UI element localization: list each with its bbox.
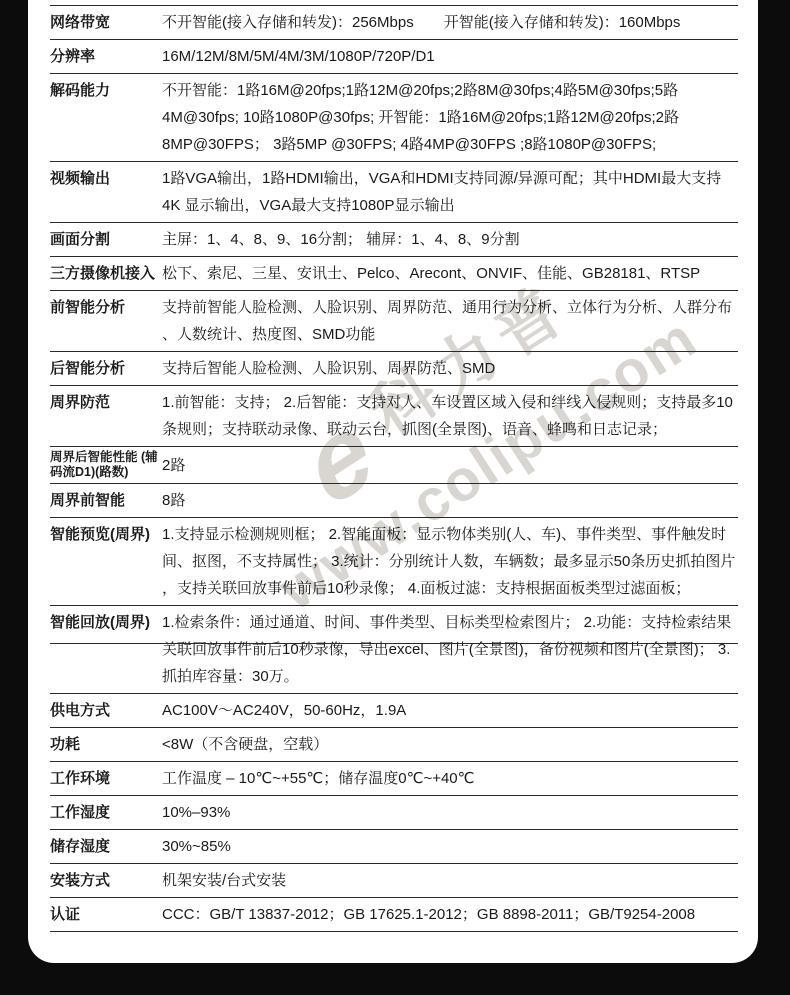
spec-row-perimeter-rear-performance: 周界后智能性能 (辅码流D1)(路数) 2路 bbox=[50, 447, 738, 484]
spec-row-power-supply: 供电方式 AC100V～AC240V，50-60Hz，1.9A bbox=[50, 694, 738, 728]
row-value: 2路 bbox=[162, 452, 738, 479]
spec-card: e科力普 www.colipu.com 网络带宽 不开智能(接入存储和转发)：2… bbox=[28, 0, 758, 963]
spec-row-front-intelligence-analysis: 前智能分析 支持前智能人脸检测、人脸识别、周界防范、通用行为分析、立体行为分析、… bbox=[50, 291, 738, 352]
spec-row-smart-preview: 智能预览(周界) 1.支持显示检测规则框； 2.智能面板：显示物体类别(人、车)… bbox=[50, 518, 738, 606]
spec-row-working-environment: 工作环境 工作温度 – 10℃~+55℃；储存温度0℃~+40℃ bbox=[50, 762, 738, 796]
page: { "colors": { "page_background": "#0c0c0… bbox=[0, 0, 790, 995]
row-value: 10%–93% bbox=[162, 799, 738, 826]
row-value: 支持后智能人脸检测、人脸识别、周界防范、SMD bbox=[162, 355, 738, 382]
row-label: 三方摄像机接入 bbox=[50, 260, 162, 287]
spec-row-smart-playback: 智能回放(周界) 1.检索条件：通过通道、时间、事件类型、目标类型检索图片； 2… bbox=[50, 606, 738, 694]
row-value: 不开智能：1路16M@20fps;1路12M@20fps;2路8M@30fps;… bbox=[162, 77, 738, 158]
spec-table: 网络带宽 不开智能(接入存储和转发)：256Mbps 开智能(接入存储和转发)：… bbox=[50, 5, 738, 932]
spec-row-third-party-camera-access: 三方摄像机接入 松下、索尼、三星、安讯士、Pelco、Arecont、ONVIF… bbox=[50, 257, 738, 291]
row-label: 分辨率 bbox=[50, 43, 162, 70]
row-value: 1.检索条件：通过通道、时间、事件类型、目标类型检索图片； 2.功能：支持检索结… bbox=[162, 609, 738, 690]
spec-row-resolution: 分辨率 16M/12M/8M/5M/4M/3M/1080P/720P/D1 bbox=[50, 40, 738, 74]
row-label: 画面分割 bbox=[50, 226, 162, 253]
spec-row-network-bandwidth: 网络带宽 不开智能(接入存储和转发)：256Mbps 开智能(接入存储和转发)：… bbox=[50, 6, 738, 40]
spec-row-storage-humidity: 储存湿度 30%~85% bbox=[50, 830, 738, 864]
row-label: 认证 bbox=[50, 901, 162, 928]
spec-row-rear-intelligence-analysis: 后智能分析 支持后智能人脸检测、人脸识别、周界防范、SMD bbox=[50, 352, 738, 386]
row-value: 机架安装/台式安装 bbox=[162, 867, 738, 894]
row-value: 1.前智能：支持； 2.后智能：支持对人、车设置区域入侵和绊线入侵规则；支持最多… bbox=[162, 389, 738, 443]
row-value: AC100V～AC240V，50-60Hz，1.9A bbox=[162, 697, 738, 724]
row-label: 视频输出 bbox=[50, 165, 162, 192]
row-label: 储存湿度 bbox=[50, 833, 162, 860]
spec-row-perimeter-front-channels: 周界前智能 8路 bbox=[50, 484, 738, 518]
row-value: 工作温度 – 10℃~+55℃；储存温度0℃~+40℃ bbox=[162, 765, 738, 792]
row-label: 网络带宽 bbox=[50, 9, 162, 36]
row-value: 不开智能(接入存储和转发)：256Mbps 开智能(接入存储和转发)：160Mb… bbox=[162, 9, 738, 36]
row-value: <8W（不含硬盘，空载） bbox=[162, 731, 738, 758]
row-label: 供电方式 bbox=[50, 697, 162, 724]
spec-row-working-humidity: 工作湿度 10%–93% bbox=[50, 796, 738, 830]
row-value: 主屏：1、4、8、9、16分割； 辅屏：1、4、8、9分割 bbox=[162, 226, 738, 253]
row-label: 解码能力 bbox=[50, 77, 162, 104]
spec-row-screen-split: 画面分割 主屏：1、4、8、9、16分割； 辅屏：1、4、8、9分割 bbox=[50, 223, 738, 257]
row-label: 安装方式 bbox=[50, 867, 162, 894]
spec-row-video-output: 视频输出 1路VGA输出，1路HDMI输出，VGA和HDMI支持同源/异源可配；… bbox=[50, 162, 738, 223]
row-label: 周界前智能 bbox=[50, 487, 162, 514]
row-label: 智能回放(周界) bbox=[50, 609, 162, 636]
row-value: 8路 bbox=[162, 487, 738, 514]
spec-row-installation: 安装方式 机架安装/台式安装 bbox=[50, 864, 738, 898]
row-label: 周界防范 bbox=[50, 389, 162, 416]
row-value: 1路VGA输出，1路HDMI输出，VGA和HDMI支持同源/异源可配；其中HDM… bbox=[162, 165, 738, 219]
row-label: 后智能分析 bbox=[50, 355, 162, 382]
row-value: CCC：GB/T 13837-2012；GB 17625.1-2012；GB 8… bbox=[162, 901, 738, 928]
spec-row-perimeter-protection: 周界防范 1.前智能：支持； 2.后智能：支持对人、车设置区域入侵和绊线入侵规则… bbox=[50, 386, 738, 447]
spec-row-certification: 认证 CCC：GB/T 13837-2012；GB 17625.1-2012；G… bbox=[50, 898, 738, 932]
row-label: 工作环境 bbox=[50, 765, 162, 792]
row-label: 功耗 bbox=[50, 731, 162, 758]
row-value: 松下、索尼、三星、安讯士、Pelco、Arecont、ONVIF、佳能、GB28… bbox=[162, 260, 738, 287]
spec-row-power-consumption: 功耗 <8W（不含硬盘，空载） bbox=[50, 728, 738, 762]
row-label: 前智能分析 bbox=[50, 294, 162, 321]
spec-row-decoding-capability: 解码能力 不开智能：1路16M@20fps;1路12M@20fps;2路8M@3… bbox=[50, 74, 738, 162]
row-value: 1.支持显示检测规则框； 2.智能面板：显示物体类别(人、车)、事件类型、事件触… bbox=[162, 521, 738, 602]
row-value: 16M/12M/8M/5M/4M/3M/1080P/720P/D1 bbox=[162, 43, 738, 70]
row-label: 工作湿度 bbox=[50, 799, 162, 826]
row-value: 30%~85% bbox=[162, 833, 738, 860]
row-value: 支持前智能人脸检测、人脸识别、周界防范、通用行为分析、立体行为分析、人群分布 、… bbox=[162, 294, 738, 348]
row-label: 智能预览(周界) bbox=[50, 521, 162, 548]
row-label: 周界后智能性能 (辅码流D1)(路数) bbox=[50, 450, 162, 480]
